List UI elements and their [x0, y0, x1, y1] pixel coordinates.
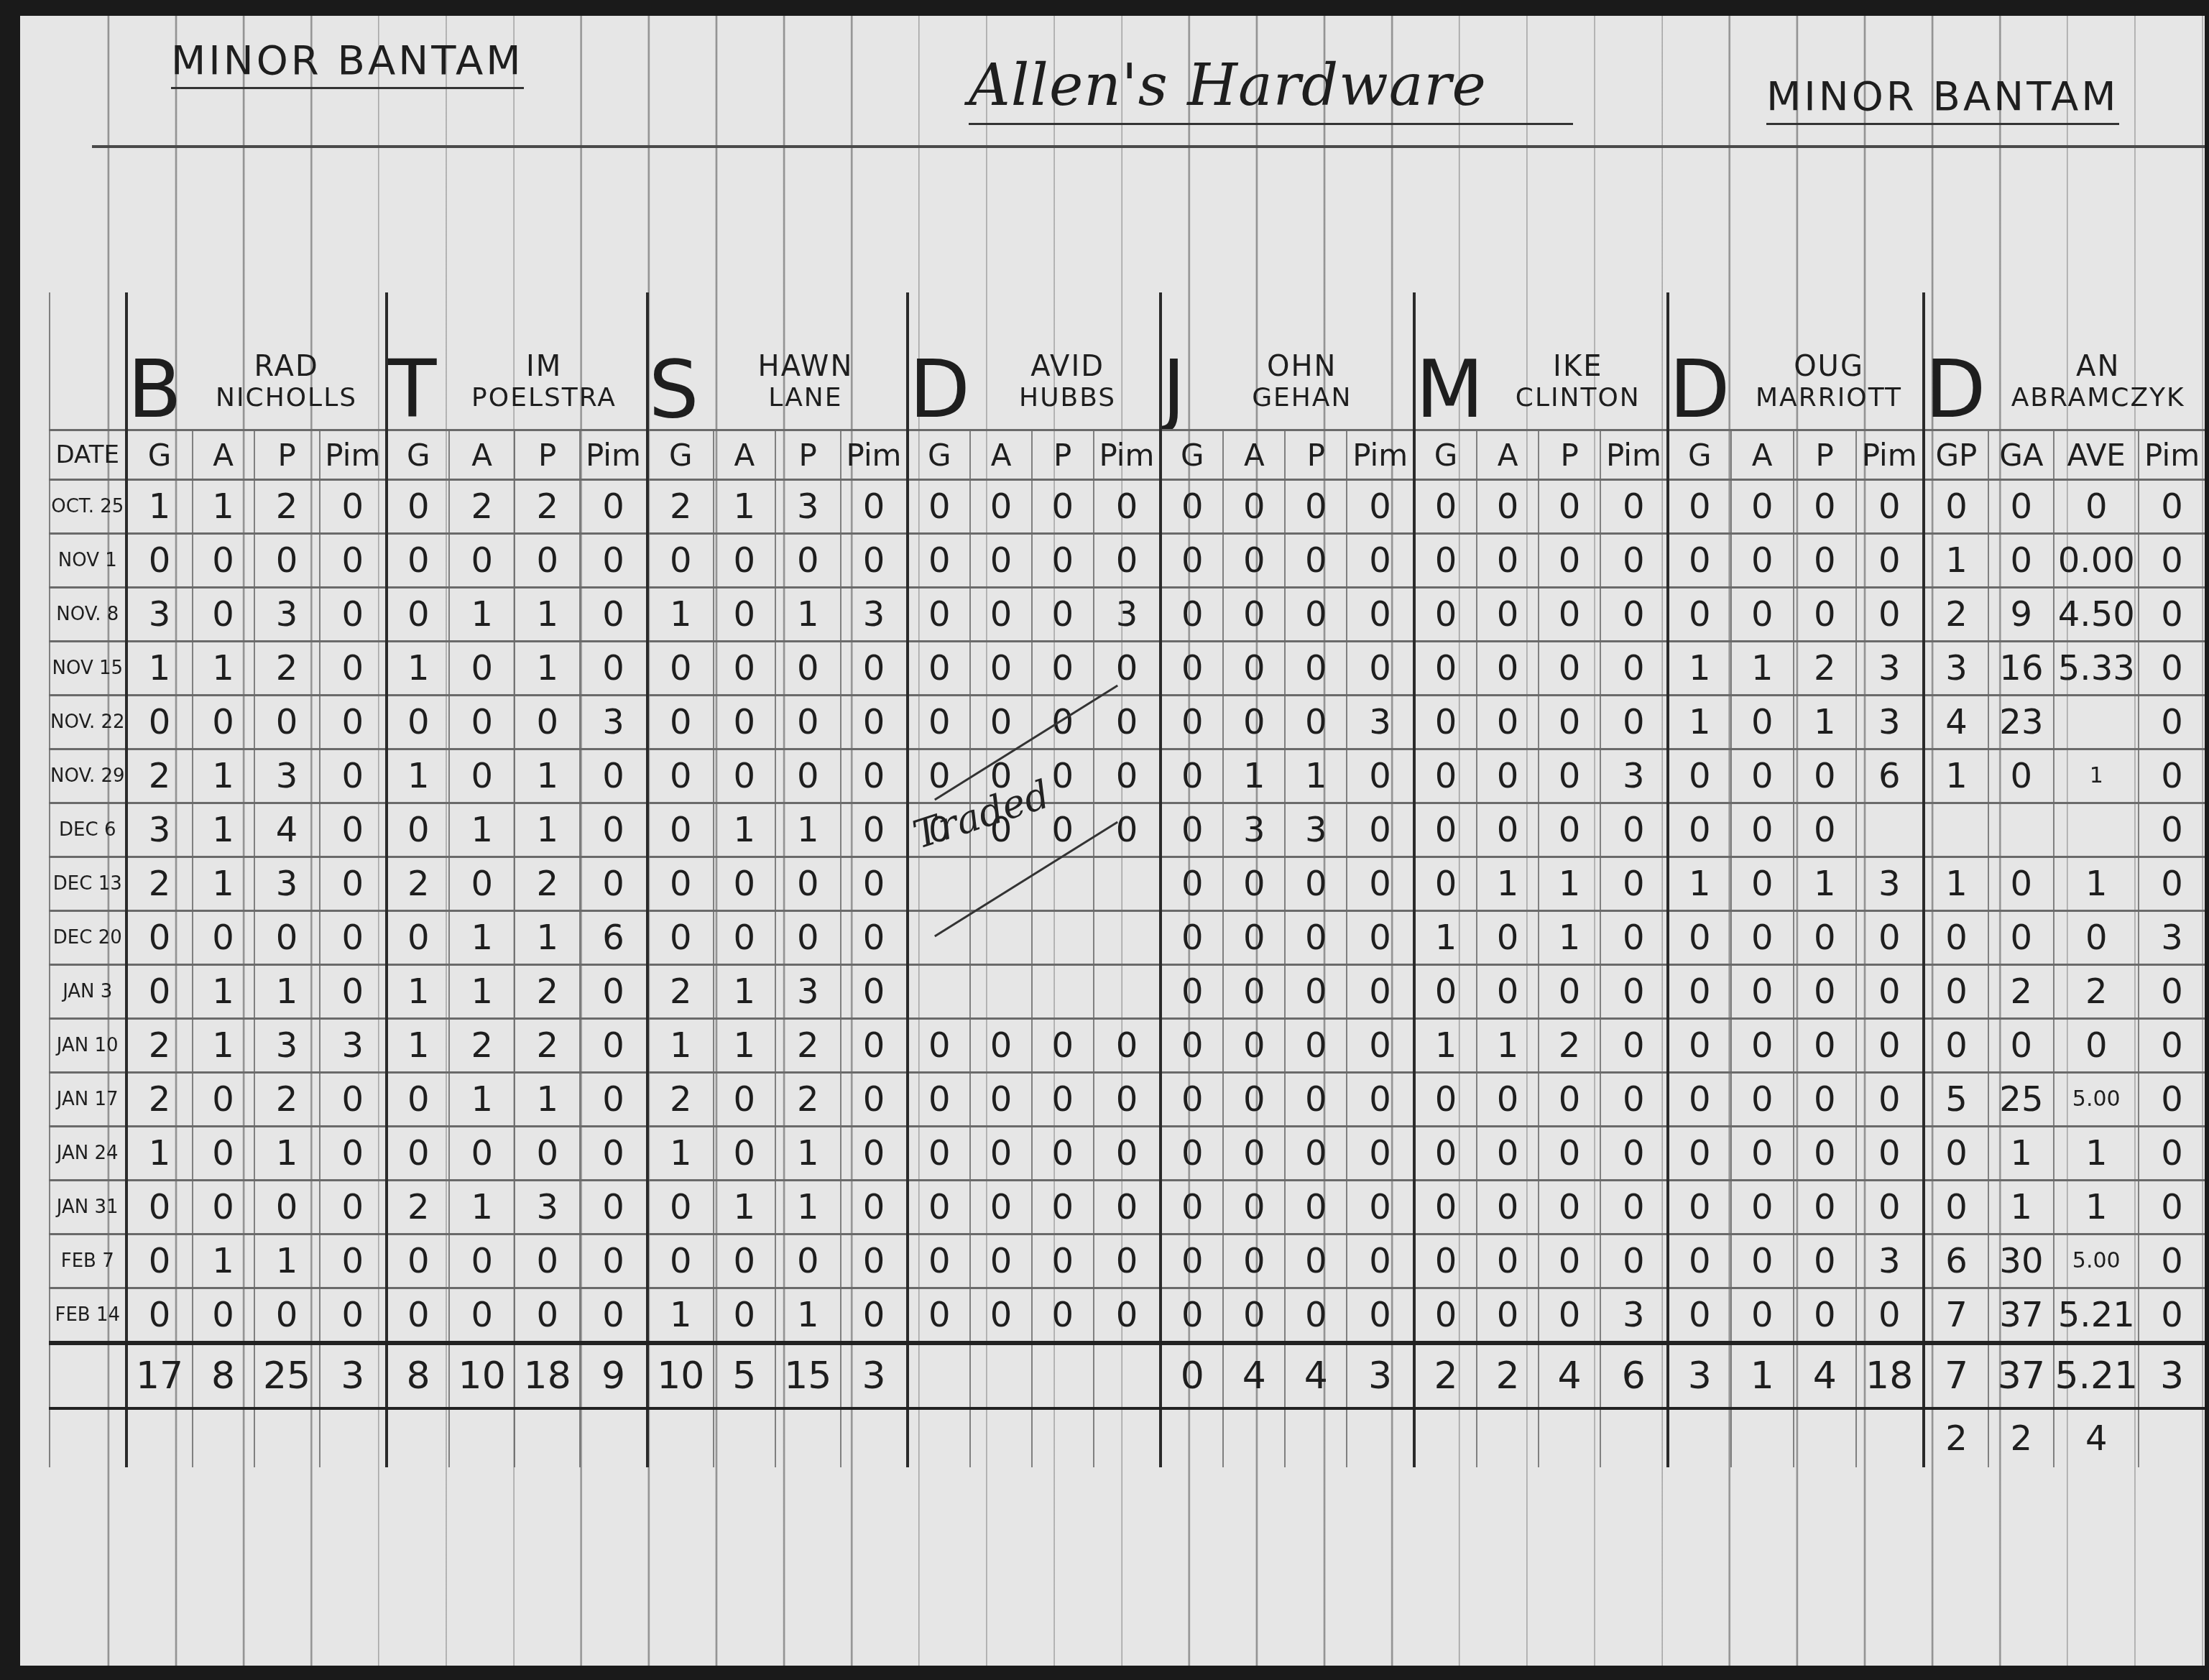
stat-cell: 0	[2054, 480, 2139, 534]
stat-cell: 2	[126, 1073, 193, 1127]
stat-column-header: AVE	[2054, 430, 2139, 480]
stat-cell: 0	[841, 696, 908, 749]
stat-cell: 0	[970, 588, 1032, 642]
stat-cell	[970, 911, 1032, 965]
stat-cell: 0	[908, 534, 970, 588]
stat-cell: 3	[254, 749, 320, 803]
stat-cell: 0	[714, 588, 775, 642]
player-initial: D	[1925, 350, 1988, 429]
total-cell: 7	[1924, 1343, 1989, 1408]
stat-cell	[1094, 857, 1161, 911]
stat-cell: 0	[1924, 911, 1989, 965]
stat-cell: 0	[1223, 696, 1285, 749]
total-cell: 3	[2139, 1343, 2205, 1408]
stat-cell: 0	[970, 1019, 1032, 1073]
stat-cell: 0	[1477, 534, 1539, 588]
stat-cell: 0	[2139, 749, 2205, 803]
date-header-spacer	[50, 292, 126, 430]
stat-cell: 0	[970, 696, 1032, 749]
stat-cell: 0	[1414, 1127, 1477, 1181]
stat-cell: 0	[1414, 588, 1477, 642]
stat-cell: 0	[1285, 696, 1347, 749]
stat-cell: 3	[775, 480, 841, 534]
stat-cell: 0	[647, 1234, 714, 1288]
stat-column-header: A	[1477, 430, 1539, 480]
stat-cell: 0	[580, 965, 647, 1019]
stat-cell: 0	[1094, 534, 1161, 588]
total-cell	[1094, 1343, 1161, 1408]
stat-cell: 0	[320, 749, 387, 803]
stat-cell: 0	[1347, 1181, 1414, 1234]
stat-cell: 0	[1794, 480, 1856, 534]
extra-cell	[775, 1408, 841, 1467]
stat-cell: 0	[841, 965, 908, 1019]
stat-cell: 0	[449, 749, 515, 803]
total-cell: 4	[1794, 1343, 1856, 1408]
stat-cell: 0	[1094, 1288, 1161, 1344]
stat-cell: 4	[254, 803, 320, 857]
stat-cell: 1	[193, 803, 254, 857]
player-header: JOHNGEHAN	[1161, 292, 1414, 430]
stat-cell: 2	[387, 857, 449, 911]
stat-cell: 0	[1347, 965, 1414, 1019]
stat-cell: 0	[449, 1127, 515, 1181]
stat-cell: 0	[580, 480, 647, 534]
player-initial: B	[128, 350, 183, 429]
stat-cell: 1	[775, 1181, 841, 1234]
stat-cell: 0	[1794, 803, 1856, 857]
total-cell	[970, 1343, 1032, 1408]
stat-cell: 0	[841, 480, 908, 534]
extra-cell	[647, 1408, 714, 1467]
extra-cell	[1856, 1408, 1924, 1467]
stat-cell: 0	[320, 480, 387, 534]
stat-cell: 0	[580, 588, 647, 642]
total-cell: 8	[193, 1343, 254, 1408]
stat-cell: 0	[580, 534, 647, 588]
game-row: NOV. 2200000003000000000003000010134230	[50, 696, 2205, 749]
stat-cell: 0	[1161, 1127, 1223, 1181]
stat-cell: 0	[1539, 1288, 1600, 1344]
stat-cell: 0	[1032, 588, 1094, 642]
stat-cell: 0	[2139, 1127, 2205, 1181]
stat-cell: 0	[1161, 1019, 1223, 1073]
extra-cell	[1223, 1408, 1285, 1467]
stat-cell: 0	[1032, 480, 1094, 534]
stat-cell: 1	[1924, 749, 1989, 803]
total-cell: 5	[714, 1343, 775, 1408]
stat-cell: 0	[1668, 1073, 1731, 1127]
stat-cell: 0	[1223, 480, 1285, 534]
stat-column-header: G	[1668, 430, 1731, 480]
totals-label-spacer	[50, 1343, 126, 1408]
stat-column-header: Pim	[1856, 430, 1924, 480]
stat-cell: 0	[1794, 1127, 1856, 1181]
stat-cell: 1	[1414, 911, 1477, 965]
stat-cell: 0	[1856, 1073, 1924, 1127]
stat-column-header: G	[647, 430, 714, 480]
stat-cell: 7	[1924, 1288, 1989, 1344]
stat-cell: 1	[2054, 1181, 2139, 1234]
extra-cell	[320, 1408, 387, 1467]
stat-cell: 0	[580, 749, 647, 803]
stat-cell: 0	[320, 1234, 387, 1288]
stat-cell: 0	[449, 857, 515, 911]
stat-cell: 1	[387, 749, 449, 803]
stat-cell: 0	[2139, 588, 2205, 642]
stat-cell: 1	[387, 965, 449, 1019]
stat-cell: 3	[515, 1181, 580, 1234]
stat-cell: 0	[775, 911, 841, 965]
ledger-sheet: MINOR BANTAM Allen's Hardware MINOR BANT…	[20, 16, 2205, 1666]
stat-column-header: Pim	[1094, 430, 1161, 480]
stat-cell: 0	[1856, 1181, 1924, 1234]
extra-cell	[387, 1408, 449, 1467]
stat-cell: 0	[2139, 1234, 2205, 1288]
stat-cell: 0	[1731, 534, 1794, 588]
stat-cell: 1	[714, 803, 775, 857]
stat-cell: 2	[1539, 1019, 1600, 1073]
stat-cell: 0	[580, 1127, 647, 1181]
stat-cell: 1	[775, 1288, 841, 1344]
stat-cell: 3	[1856, 1234, 1924, 1288]
extra-cell	[1414, 1408, 1477, 1467]
stat-cell: 1	[1794, 696, 1856, 749]
stat-cell: 0	[1600, 480, 1668, 534]
stat-cell: 2	[515, 1019, 580, 1073]
extra-cell	[1347, 1408, 1414, 1467]
stat-cell: 0	[254, 1181, 320, 1234]
extra-cell: 4	[2054, 1408, 2139, 1467]
stat-cell: 0	[2139, 1019, 2205, 1073]
stat-cell: 0	[1668, 534, 1731, 588]
stat-cell: 1	[647, 1288, 714, 1344]
stat-cell: 0	[320, 588, 387, 642]
stat-cell: 0	[1668, 1181, 1731, 1234]
stat-cell: 9	[1988, 588, 2054, 642]
total-cell: 4	[1285, 1343, 1347, 1408]
stat-cell: 1	[1924, 534, 1989, 588]
stat-cell: 0	[254, 534, 320, 588]
stat-cell: 0	[1032, 1288, 1094, 1344]
stat-cell: 0	[387, 1127, 449, 1181]
player-header: DANABRAMCZYK	[1924, 292, 2205, 430]
stat-cell: 0	[1600, 588, 1668, 642]
stat-cell: 0	[193, 1288, 254, 1344]
stat-cell: 3	[126, 588, 193, 642]
stat-cell: 0	[580, 1288, 647, 1344]
stat-cell: 0	[1924, 965, 1989, 1019]
player-initial: D	[909, 350, 972, 429]
extra-cell	[449, 1408, 515, 1467]
stat-cell: 0	[714, 696, 775, 749]
stat-cell: 1	[775, 588, 841, 642]
extra-cell	[1539, 1408, 1600, 1467]
stat-cell: 0	[1856, 965, 1924, 1019]
stat-cell: 0	[1477, 696, 1539, 749]
stat-cell: 0	[714, 642, 775, 696]
stat-cell: 0	[1731, 911, 1794, 965]
player-header: BRADNICHOLLS	[126, 292, 387, 430]
stat-cell: 0	[1414, 1234, 1477, 1288]
stat-cell: 0	[970, 1234, 1032, 1288]
stat-cell: 0	[1032, 534, 1094, 588]
stat-cell: 0	[1347, 1288, 1414, 1344]
stat-cell: 0	[1285, 1019, 1347, 1073]
stat-cell: 0	[1414, 1181, 1477, 1234]
extra-cell	[1668, 1408, 1731, 1467]
stat-cell: 0	[1094, 1181, 1161, 1234]
stat-cell: 0	[2139, 696, 2205, 749]
stat-cell: 0	[1223, 1019, 1285, 1073]
game-row: OCT. 2511200220213000000000000000000000	[50, 480, 2205, 534]
player-initial: S	[649, 350, 701, 429]
total-cell: 18	[1856, 1343, 1924, 1408]
extra-cell	[254, 1408, 320, 1467]
stat-cell: 0	[1539, 965, 1600, 1019]
game-row: NOV. 2921301010000000000110000300061010	[50, 749, 2205, 803]
game-row: DEC 63140011001100000033000000000	[50, 803, 2205, 857]
game-row: JAN 1021331220112000000000112000000000	[50, 1019, 2205, 1073]
game-date: OCT. 25	[50, 480, 126, 534]
stat-cell: 2	[449, 1019, 515, 1073]
stat-cell: 0	[1794, 534, 1856, 588]
stat-cell: 1	[515, 749, 580, 803]
stat-cell: 3	[2139, 911, 2205, 965]
stat-cell	[2054, 696, 2139, 749]
stat-cell: 0	[841, 1181, 908, 1234]
stat-cell: 0	[1600, 803, 1668, 857]
stat-cell: 0	[1161, 965, 1223, 1019]
stat-cell: 0	[2139, 803, 2205, 857]
stat-cell: 0	[908, 1181, 970, 1234]
stat-cell: 0	[908, 1288, 970, 1344]
game-row: JAN 30110112021300000000000000220	[50, 965, 2205, 1019]
stat-cell: 0	[1285, 1288, 1347, 1344]
game-date: JAN 17	[50, 1073, 126, 1127]
stat-cell: 0	[1477, 480, 1539, 534]
header-rule	[92, 145, 2205, 148]
stat-cell: 1	[1539, 857, 1600, 911]
stat-cell: 3	[1223, 803, 1285, 857]
stat-cell: 0	[1731, 965, 1794, 1019]
stat-cell: 0	[1223, 965, 1285, 1019]
stat-cell: 5.33	[2054, 642, 2139, 696]
stat-cell: 0	[1223, 1181, 1285, 1234]
stat-cell: 1	[126, 642, 193, 696]
stat-cell: 0	[1539, 749, 1600, 803]
stat-cell: 0	[1032, 1019, 1094, 1073]
stat-cell: 0	[193, 1181, 254, 1234]
stat-cell: 1	[1477, 857, 1539, 911]
total-cell: 5.21	[2054, 1343, 2139, 1408]
stat-cell: 0	[1347, 749, 1414, 803]
stat-cell: 0	[908, 642, 970, 696]
stat-cell: 0	[515, 696, 580, 749]
stat-cell: 1	[1731, 642, 1794, 696]
stat-cell: 0	[580, 1234, 647, 1288]
stat-cell	[970, 965, 1032, 1019]
stat-cell: 0	[970, 1288, 1032, 1344]
game-date: FEB 14	[50, 1288, 126, 1344]
stat-cell: 0	[1539, 642, 1600, 696]
stat-cell: 0	[387, 1234, 449, 1288]
stat-cell: 0	[2139, 1073, 2205, 1127]
stat-cell: 0	[1600, 1019, 1668, 1073]
stat-cell: 0	[1477, 1234, 1539, 1288]
stat-cell: 0	[1600, 534, 1668, 588]
stat-cell: 3	[841, 588, 908, 642]
stat-cell: 0	[387, 534, 449, 588]
stat-cell: 4	[1924, 696, 1989, 749]
stat-cell: 0	[714, 1127, 775, 1181]
stat-cell: 3	[320, 1019, 387, 1073]
stat-cell: 3	[1924, 642, 1989, 696]
stat-cell: 0	[1988, 911, 2054, 965]
game-row: JAN 1720200110202000000000000000005255.0…	[50, 1073, 2205, 1127]
stat-cell: 0	[1477, 749, 1539, 803]
stat-cell: 1	[449, 803, 515, 857]
stat-cell: 1	[714, 1019, 775, 1073]
stat-cell: 0	[2139, 534, 2205, 588]
stat-cell: 0	[126, 1181, 193, 1234]
stat-cell: 0	[1668, 911, 1731, 965]
stat-cell: 0	[580, 1073, 647, 1127]
game-row: DEC 132130202000000000011010131010	[50, 857, 2205, 911]
stat-cell: 1	[449, 965, 515, 1019]
stat-cell: 0	[1223, 857, 1285, 911]
stat-cell: 0	[841, 1019, 908, 1073]
stat-cell: 0	[1094, 1073, 1161, 1127]
stat-cell: 0	[1032, 1234, 1094, 1288]
stat-cell: 0	[1600, 911, 1668, 965]
stat-cell: 1	[714, 965, 775, 1019]
player-header: TIMPOELSTRA	[387, 292, 647, 430]
player-initial: D	[1669, 350, 1732, 429]
stat-cell: 0	[1924, 480, 1989, 534]
stat-cell: 0	[1094, 480, 1161, 534]
stat-cell: 0	[320, 911, 387, 965]
stat-cell: 0	[126, 965, 193, 1019]
stat-cell: 0	[841, 534, 908, 588]
stat-cell: 0	[1223, 1234, 1285, 1288]
stat-cell: 0	[1285, 1127, 1347, 1181]
stat-cell: 0	[254, 911, 320, 965]
extra-cell: 2	[1988, 1408, 2054, 1467]
total-cell: 3	[1668, 1343, 1731, 1408]
stat-cell: 0	[1414, 480, 1477, 534]
stat-cell: 1	[1988, 1181, 2054, 1234]
stat-cell: 0	[1600, 642, 1668, 696]
stat-cell: 0	[1856, 1127, 1924, 1181]
extra-cell	[1161, 1408, 1223, 1467]
stat-cell: 1	[1924, 857, 1989, 911]
stat-cell: 0	[647, 749, 714, 803]
stat-cell: 0	[1414, 1288, 1477, 1344]
stat-column-header: GP	[1924, 430, 1989, 480]
stat-cell: 1	[1414, 1019, 1477, 1073]
stat-cell: 0	[1285, 965, 1347, 1019]
stat-cell: 3	[1347, 696, 1414, 749]
stat-cell: 0	[515, 1288, 580, 1344]
stat-cell: 0	[320, 857, 387, 911]
stat-cell: 0	[1600, 696, 1668, 749]
stat-cell: 0	[908, 1019, 970, 1073]
total-cell: 3	[1347, 1343, 1414, 1408]
stat-cell: 0	[580, 803, 647, 857]
stat-cell: 3	[1285, 803, 1347, 857]
stat-cell: 0	[1414, 857, 1477, 911]
stat-cell: 0	[580, 1019, 647, 1073]
extra-cell: 2	[1924, 1408, 1989, 1467]
game-row: NOV. 83030011010130003000000000000294.50…	[50, 588, 2205, 642]
game-row: JAN 3100002130011000000000000000000110	[50, 1181, 2205, 1234]
stat-cell: 0	[1600, 965, 1668, 1019]
stat-cell: 0	[1856, 911, 1924, 965]
total-cell	[908, 1343, 970, 1408]
stat-cell: 1	[1988, 1127, 2054, 1181]
stat-cell: 1	[193, 749, 254, 803]
stat-cell: 1	[775, 1127, 841, 1181]
stat-cell: 3	[1600, 749, 1668, 803]
player-initial: T	[388, 350, 438, 429]
stat-cell: 0	[1539, 1234, 1600, 1288]
stat-cell: 3	[1856, 642, 1924, 696]
stat-cell: 1	[647, 1127, 714, 1181]
stat-cell: 0	[193, 588, 254, 642]
stat-cell: 1	[515, 588, 580, 642]
stat-cell: 0	[1094, 642, 1161, 696]
stat-cell: 2	[775, 1019, 841, 1073]
stat-cell: 0	[1668, 480, 1731, 534]
stat-cell: 1	[449, 1073, 515, 1127]
stat-column-header: G	[1414, 430, 1477, 480]
player-last-name: GEHAN	[1162, 383, 1413, 412]
stat-cell: 1	[714, 1181, 775, 1234]
stat-cell: 0	[1600, 1073, 1668, 1127]
stat-cell: 0	[320, 642, 387, 696]
stat-cell: 0	[1223, 588, 1285, 642]
stat-cell: 0	[1731, 1019, 1794, 1073]
stat-cell: 0	[841, 1127, 908, 1181]
stat-cell: 0	[908, 1127, 970, 1181]
stat-cell: 1	[193, 642, 254, 696]
stat-cell: 0	[775, 696, 841, 749]
stat-cell: 0	[1347, 534, 1414, 588]
stat-cell: 0	[1094, 696, 1161, 749]
game-date: JAN 10	[50, 1019, 126, 1073]
stat-cell: 0	[1856, 1019, 1924, 1073]
stat-cell: 0	[126, 911, 193, 965]
stat-cell: 0	[908, 1073, 970, 1127]
stat-cell: 0	[193, 1127, 254, 1181]
stat-column-header: P	[1032, 430, 1094, 480]
stat-cell: 0	[1285, 588, 1347, 642]
stat-cell: 0	[449, 1288, 515, 1344]
stat-cell: 0	[1794, 1073, 1856, 1127]
extra-cell	[908, 1408, 970, 1467]
stat-cell: 0	[1477, 1073, 1539, 1127]
stat-cell: 0	[1285, 1181, 1347, 1234]
stat-cell: 0	[714, 534, 775, 588]
extra-spacer	[50, 1408, 126, 1467]
extra-cell	[1094, 1408, 1161, 1467]
stat-cell: 3	[254, 1019, 320, 1073]
stat-cell: 0	[1924, 1181, 1989, 1234]
game-date: DEC 20	[50, 911, 126, 965]
stat-cell: 3	[1600, 1288, 1668, 1344]
stat-cell: 0	[841, 1234, 908, 1288]
